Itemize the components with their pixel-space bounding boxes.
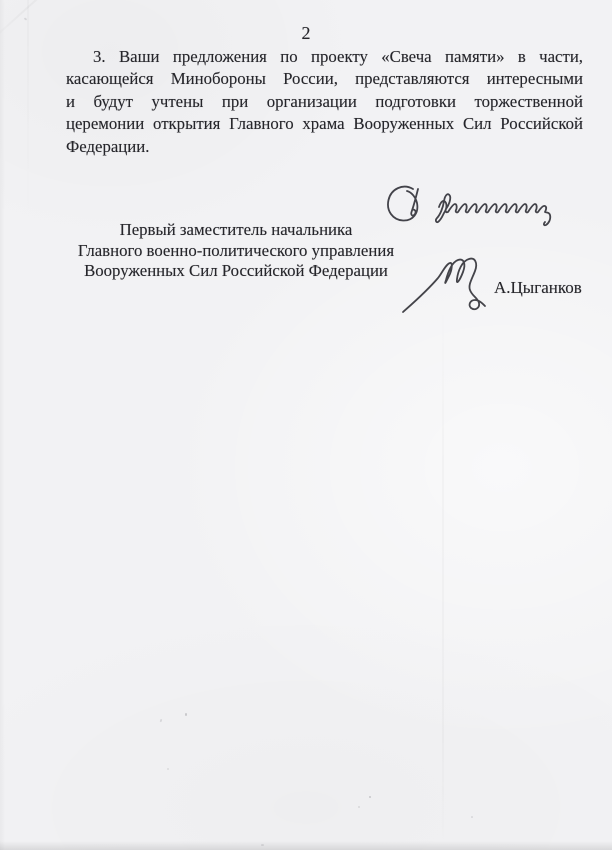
- paragraph-line: и будут учтены при организации подготовк…: [66, 91, 583, 113]
- paper-speck: [185, 713, 187, 716]
- signature-title-line: Вооруженных Сил Российской Федерации: [66, 261, 406, 282]
- paper-speck: [358, 806, 360, 808]
- page-number: 2: [0, 24, 612, 42]
- paragraph-line: церемонии открытия Главного храма Вооруж…: [66, 113, 583, 135]
- paper-speck: [160, 719, 162, 722]
- paragraph-line: Федерации.: [66, 136, 583, 158]
- paper-crease: [442, 300, 444, 850]
- scanned-document-page: 2 3. Ваши предложения по проекту «Свеча …: [0, 0, 612, 850]
- paper-speck: [471, 816, 473, 818]
- signature-title-line: Главного военно-политического управления: [66, 241, 406, 262]
- paper-speck: [261, 844, 264, 846]
- paper-speck: [369, 796, 371, 798]
- paragraph-line: 3. Ваши предложения по проекту «Свеча па…: [66, 46, 583, 68]
- signature-scribble: [398, 248, 498, 318]
- signature-title-line: Первый заместитель начальника: [66, 220, 406, 241]
- paper-speck: [24, 17, 28, 20]
- signature-title-block: Первый заместитель начальника Главного в…: [66, 220, 406, 282]
- paper-speck: [167, 768, 169, 770]
- handwriting-stroke: [388, 187, 550, 226]
- signer-name: А.Цыганков: [494, 278, 582, 298]
- body-paragraph: 3. Ваши предложения по проекту «Свеча па…: [66, 46, 583, 158]
- paragraph-line: касающейся Минобороны России, представля…: [66, 68, 583, 90]
- signature-stroke: [403, 259, 485, 312]
- handwritten-greeting: [383, 181, 569, 233]
